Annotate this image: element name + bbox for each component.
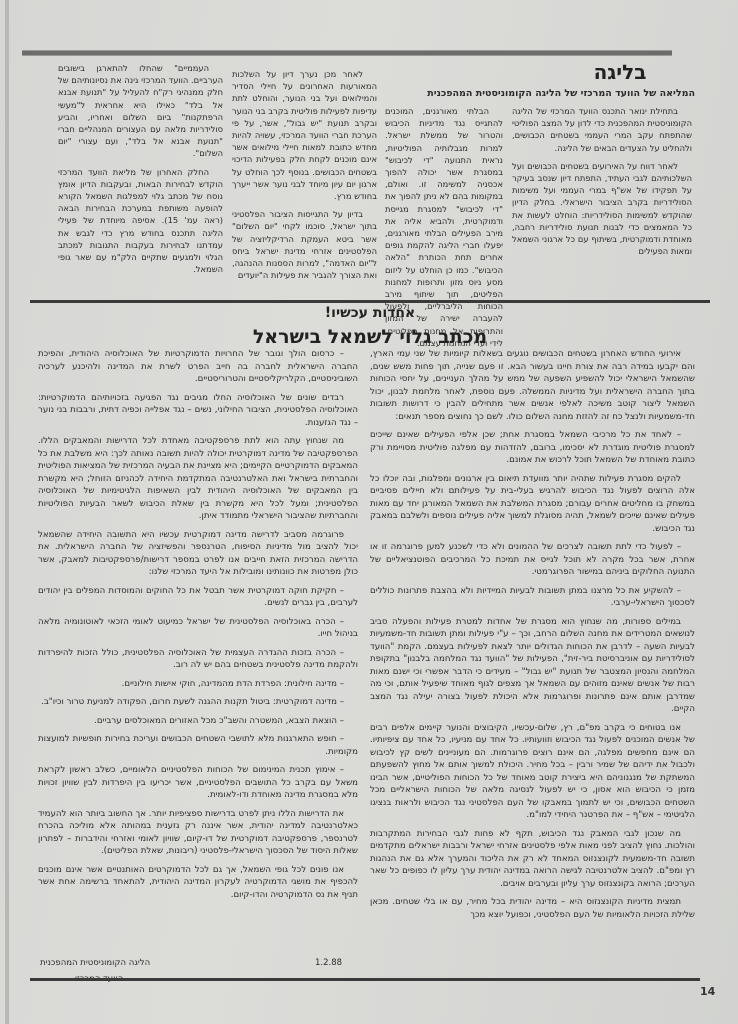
letter-column-right: אירועי החודש האחרון בשטחים הכבושים נוגעי… — [370, 348, 695, 927]
newspaper-page: בליגה המליאה של הוועד המרכזי של הליגה הק… — [0, 0, 738, 1024]
paragraph: מה שנחוץ עתה הוא לתת פרספקטיבה מאחדת לכל… — [38, 435, 358, 523]
paragraph: – אימוץ תכנית המינימום של הכוחות הפלסטינ… — [38, 764, 358, 802]
binding-edge — [5, 0, 9, 1024]
paragraph: – לאחד את כל מרכיבי השמאל במסגרת אחת; שכ… — [370, 429, 695, 467]
report-column-1: בתחילת ינואר התכנס הוועד המרכזי של הליגה… — [512, 105, 692, 263]
page-number: 14 — [700, 985, 715, 998]
paragraph: החלק האחרון של מליאת הוועד המרכזי הוקדש … — [58, 166, 223, 276]
paragraph: במילים ספורות, מה שנחוץ הוא מסגרת של אחד… — [370, 616, 695, 716]
paragraph: לאחר מכן נערך דיון על השלכות המאורעות הא… — [232, 68, 377, 202]
paragraph: – מדינה דמוקרטית: ביטול תקנות ההגנה לשעת… — [38, 696, 358, 709]
paragraph: אנו פונים לכל גופי השמאל, אך גם לכל הדמו… — [38, 864, 358, 902]
letter-kicker: אחדות עכשיו! — [30, 305, 710, 321]
paragraph: רבדים שונים של האוכלוסיה החלו מגיבים נגד… — [38, 392, 358, 430]
paragraph: בתחילת ינואר התכנס הוועד המרכזי של הליגה… — [512, 105, 692, 154]
paragraph: – הכרה באוכלוסיה הפלסטינית של ישראל כמיע… — [38, 616, 358, 641]
paragraph: את הדרישות הללו ניתן לפרט בדרישות ספציפי… — [38, 808, 358, 858]
paragraph: – לפעול כדי לתת תשובה לצרכים של ההמונים … — [370, 541, 695, 579]
letter-date: 1.2.88 — [315, 958, 342, 968]
paragraph: העממיים" שהחלו להתארגן בישובים הערביים. … — [58, 62, 223, 160]
paragraph: – הכרה בזכות ההגדרה העצמית של האוכלוסיה … — [38, 647, 358, 672]
paragraph: אנו בטוחים כי בקרב מפ"ם, רץ, שלום-עכשיו,… — [370, 722, 695, 822]
report-column-3: לאחר מכן נערך דיון על השלכות המאורעות הא… — [232, 68, 377, 287]
paragraph: – כרסום הולך וגובר של החרויות הדמוקרטיות… — [38, 348, 358, 386]
bottom-rule — [30, 978, 700, 981]
letter-signatory: הליגה הקומוניסטית המהפכנית — [40, 958, 150, 968]
paragraph: פרוגרמה מסביב לדרישה מדינה דמוקרטית עכשי… — [38, 529, 358, 579]
paragraph: – מדינה חילונית: הפרדת הדת מהמדינה, חוקי… — [38, 678, 358, 691]
paragraph: – הוצאת הצבא, המשטרה והשב"כ מכל האזורים … — [38, 715, 358, 728]
section-lead: המליאה של הוועד המרכזי של הליגה הקומוניס… — [385, 88, 695, 99]
paragraph: – להשקיע את כל מרצנו במתן תשובות לבעיות … — [370, 585, 695, 610]
paragraph: תמצית מדיניות הקונצנזוס היא – מדינה יהוד… — [370, 896, 695, 921]
section-title: בליגה — [560, 60, 680, 84]
top-rule — [22, 50, 672, 56]
paragraph: להקים מסגרת פעילות שתהיה יותר מוועדת תיא… — [370, 473, 695, 536]
letter-title: מכתב גלוי לשמאל בישראל — [30, 326, 710, 348]
paragraph: בדיון על התגייסות הציבור הפלסטיני בתוך י… — [232, 208, 377, 281]
paragraph: מה שנכון לגבי המאבק נגד הכיבוש, תקף לא פ… — [370, 828, 695, 891]
letter-column-left: – כרסום הולך וגובר של החרויות הדמוקרטיות… — [38, 348, 358, 907]
paragraph: אירועי החודש האחרון בשטחים הכבושים נוגעי… — [370, 348, 695, 423]
paragraph: לאחר דווח על האירועים בשטחים הכבושים ועל… — [512, 160, 692, 258]
paragraph: – חופש התארגנות מלא לתושבי השטחים הכבושי… — [38, 733, 358, 758]
paragraph: – חקיקת חוקה דמוקרטית אשר תבטל את כל החו… — [38, 585, 358, 610]
report-column-4: העממיים" שהחלו להתארגן בישובים הערביים. … — [58, 62, 223, 281]
section-divider — [30, 300, 710, 303]
